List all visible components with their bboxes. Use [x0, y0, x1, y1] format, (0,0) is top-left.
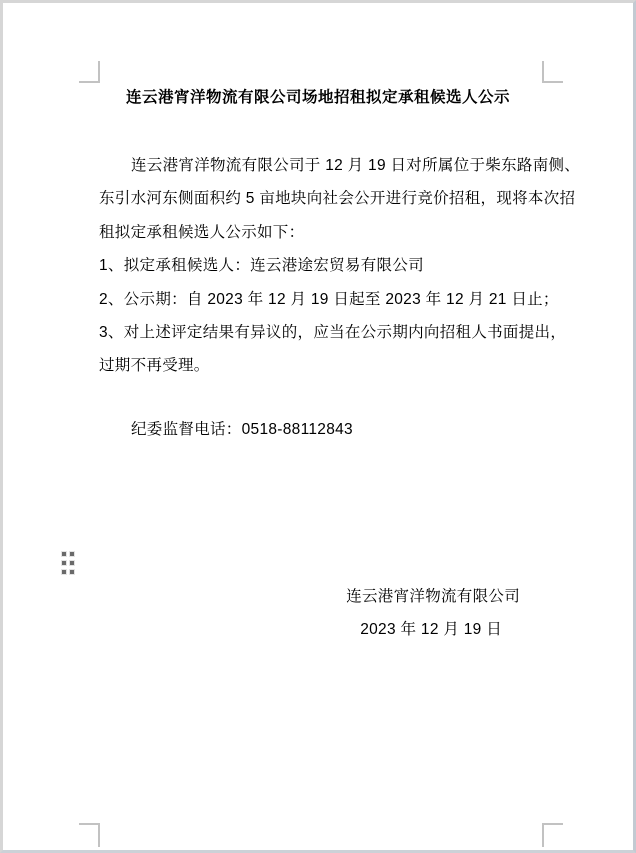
margin-corner-mark-top-right — [542, 61, 563, 83]
drag-handle-dot — [70, 561, 74, 565]
body-line: 2、公示期：自 2023 年 12 月 19 日起至 2023 年 12 月 2… — [99, 283, 546, 316]
drag-handle-dot — [62, 552, 66, 556]
body-line: 1、拟定承租候选人：连云港途宏贸易有限公司 — [99, 249, 546, 282]
drag-handle-icon[interactable] — [62, 552, 74, 574]
margin-corner-mark-bottom-left — [79, 823, 100, 847]
body-line: 3、对上述评定结果有异议的，应当在公示期内向招租人书面提出， — [99, 316, 546, 349]
supervision-phone-line: 纪委监督电话：0518-88112843 — [99, 413, 353, 446]
body-line: 连云港宵洋物流有限公司于 12 月 19 日对所属位于柴东路南侧、 — [99, 149, 546, 182]
drag-handle-dot — [70, 552, 74, 556]
body-line: 东引水河东侧面积约 5 亩地块向社会公开进行竞价招租，现将本次招 — [99, 182, 546, 215]
margin-corner-mark-bottom-right — [542, 823, 563, 847]
drag-handle-dot — [70, 570, 74, 574]
document-page: 连云港宵洋物流有限公司场地招租拟定承租候选人公示 连云港宵洋物流有限公司于 12… — [0, 0, 636, 853]
document-title: 连云港宵洋物流有限公司场地招租拟定承租候选人公示 — [3, 85, 633, 107]
drag-handle-dot — [62, 561, 66, 565]
drag-handle-dot — [62, 570, 66, 574]
body-line: 租拟定承租候选人公示如下： — [99, 216, 546, 249]
margin-corner-mark-top-left — [79, 61, 100, 83]
body-line: 过期不再受理。 — [99, 349, 546, 382]
signature-company: 连云港宵洋物流有限公司 — [346, 580, 520, 613]
signature-date: 2023 年 12 月 19 日 — [360, 613, 502, 646]
body-lines: 连云港宵洋物流有限公司于 12 月 19 日对所属位于柴东路南侧、东引水河东侧面… — [99, 149, 546, 383]
